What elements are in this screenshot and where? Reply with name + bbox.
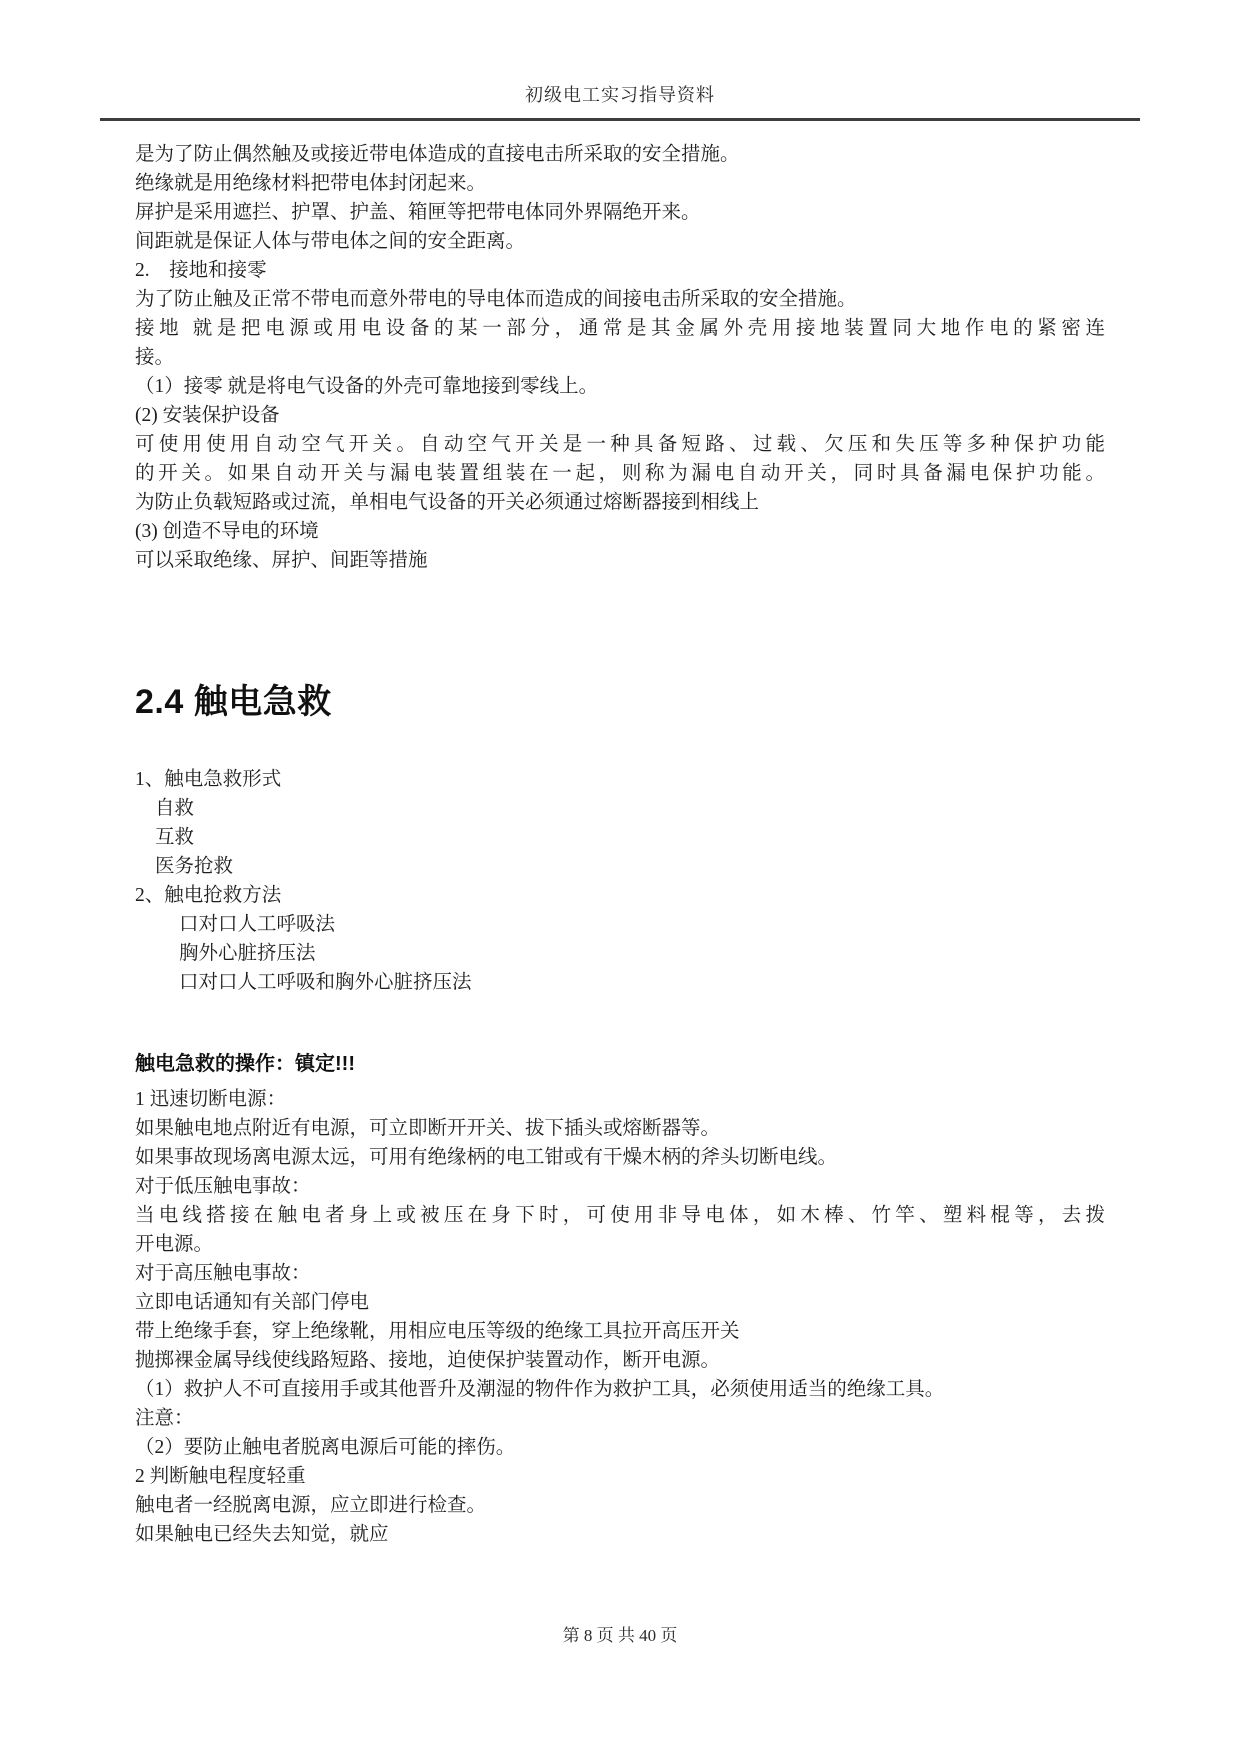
text-line: 为了防止触及正常不带电而意外带电的导电体而造成的间接电击所采取的安全措施。 [135, 285, 1105, 314]
text-line: 2. 接地和接零 [135, 256, 1105, 285]
text-line: 接地 就是把电源或用电设备的某一部分，通常是其金属外壳用接地装置同大地作电的紧密… [135, 314, 1105, 343]
text-line: 对于低压触电事故： [135, 1172, 1105, 1201]
text-line: 注意： [135, 1404, 1105, 1433]
text-line: 口对口人工呼吸法 [135, 910, 1105, 939]
text-line: 胸外心脏挤压法 [135, 939, 1105, 968]
text-line: 触电急救的操作：镇定!!! [135, 1048, 1105, 1080]
text-line: （1）救护人不可直接用手或其他晋升及潮湿的物件作为救护工具，必须使用适当的绝缘工… [135, 1375, 1105, 1404]
text-line: 立即电话通知有关部门停电 [135, 1288, 1105, 1317]
page-header-title: 初级电工实习指导资料 [0, 84, 1240, 106]
text-line: （2）要防止触电者脱离电源后可能的摔伤。 [135, 1433, 1105, 1462]
text-line: （1）接零 就是将电气设备的外壳可靠地接到零线上。 [135, 372, 1105, 401]
text-line: 绝缘就是用绝缘材料把带电体封闭起来。 [135, 169, 1105, 198]
text-line: 医务抢救 [135, 852, 1105, 881]
text-line: 屏护是采用遮拦、护罩、护盖、箱匣等把带电体同外界隔绝开来。 [135, 198, 1105, 227]
text-line: 是为了防止偶然触及或接近带电体造成的直接电击所采取的安全措施。 [135, 140, 1105, 169]
text-line: 2 判断触电程度轻重 [135, 1462, 1105, 1491]
page-footer: 第 8 页 共 40 页 [0, 1625, 1240, 1646]
document-body: 是为了防止偶然触及或接近带电体造成的直接电击所采取的安全措施。绝缘就是用绝缘材料… [135, 140, 1105, 1549]
text-line: 互救 [135, 823, 1105, 852]
text-line: 如果触电已经失去知觉，就应 [135, 1520, 1105, 1549]
text-line: 接。 [135, 343, 1105, 372]
header-rule [100, 118, 1140, 121]
text-line: 触电者一经脱离电源，应立即进行检查。 [135, 1491, 1105, 1520]
text-line: 的开关。如果自动开关与漏电装置组装在一起，则称为漏电自动开关，同时具备漏电保护功… [135, 459, 1105, 488]
text-line: 当电线搭接在触电者身上或被压在身下时，可使用非导电体，如木棒、竹竿、塑料棍等，去… [135, 1201, 1105, 1230]
text-line: 口对口人工呼吸和胸外心脏挤压法 [135, 968, 1105, 997]
text-line: 1 迅速切断电源： [135, 1085, 1105, 1114]
text-line: 间距就是保证人体与带电体之间的安全距离。 [135, 227, 1105, 256]
text-line: 为防止负载短路或过流，单相电气设备的开关必须通过熔断器接到相线上 [135, 488, 1105, 517]
text-line: 可使用使用自动空气开关。自动空气开关是一种具备短路、过载、欠压和失压等多种保护功… [135, 430, 1105, 459]
text-line: 2、触电抢救方法 [135, 881, 1105, 910]
text-line: 带上绝缘手套，穿上绝缘靴，用相应电压等级的绝缘工具拉开高压开关 [135, 1317, 1105, 1346]
document-page: 初级电工实习指导资料 是为了防止偶然触及或接近带电体造成的直接电击所采取的安全措… [0, 0, 1240, 1753]
text-line: 1、触电急救形式 [135, 765, 1105, 794]
text-line: (3) 创造不导电的环境 [135, 517, 1105, 546]
text-line: 对于高压触电事故： [135, 1259, 1105, 1288]
text-line: 自救 [135, 794, 1105, 823]
text-line: 抛掷裸金属导线使线路短路、接地，迫使保护装置动作，断开电源。 [135, 1346, 1105, 1375]
text-line: 可以采取绝缘、屏护、间距等措施 [135, 546, 1105, 575]
text-line: 如果事故现场离电源太远，可用有绝缘柄的电工钳或有干燥木柄的斧头切断电线。 [135, 1143, 1105, 1172]
text-line: (2) 安装保护设备 [135, 401, 1105, 430]
text-line: 开电源。 [135, 1230, 1105, 1259]
section-heading: 2.4 触电急救 [135, 680, 1105, 724]
text-line: 如果触电地点附近有电源，可立即断开开关、拔下插头或熔断器等。 [135, 1114, 1105, 1143]
